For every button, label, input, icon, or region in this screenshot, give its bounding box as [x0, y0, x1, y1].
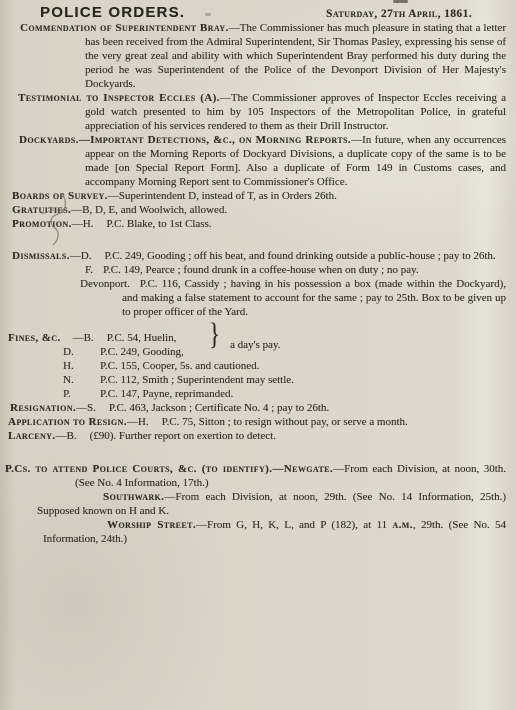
division-letter: P.: [63, 387, 100, 401]
indent-spacer: [0, 345, 63, 359]
division-letter: —H.: [127, 416, 149, 428]
division-letter: —B.: [56, 430, 77, 442]
section-label: Commendation of Superintendent Bray.: [20, 22, 229, 34]
division-letter: N.: [63, 373, 100, 387]
section-body: —Superintendent D, instead of T, as in O…: [108, 190, 337, 202]
section-commendation: Commendation of Superintendent Bray.—The…: [0, 21, 506, 91]
section-application-to-resign: Application to Resign.—H.P.C. 75, Sitton…: [0, 415, 506, 429]
section-label: Fines, &c.: [0, 331, 61, 345]
section-label: Resignation.: [10, 402, 76, 414]
section-testimonial: Testimonial to Inspector Eccles (A).—The…: [0, 91, 506, 133]
indent-spacer: [0, 359, 63, 373]
section-police-courts: P.Cs. to attend Police Courts, &c. (to i…: [0, 462, 506, 546]
pencil-annotation-mark: [38, 190, 82, 248]
section-dockyards: Dockyards.—Important Detections, &c., on…: [0, 133, 506, 189]
division-letter: —B.: [73, 331, 94, 345]
section-label: Application to Resign.: [8, 416, 127, 428]
division-letter: —D.: [70, 250, 92, 262]
section-body: P.C. 463, Jackson ; Certificate No. 4 ; …: [109, 402, 329, 414]
courts-newgate: P.Cs. to attend Police Courts, &c. (to i…: [0, 462, 506, 490]
police-orders-scan: { "page": { "title": "POLICE ORDERS.", "…: [0, 0, 516, 710]
court-label: Worship Street.: [107, 519, 196, 531]
section-body: —B, D, E, and Woolwich, allowed.: [71, 204, 227, 216]
am-abbreviation: a.m.: [392, 519, 412, 531]
section-label: Testimonial to Inspector Eccles (A).: [18, 92, 220, 104]
brace-note: a day's pay.: [230, 338, 280, 352]
division-letter: Devonport.: [80, 278, 130, 290]
entry-text: P.C. 249, Gooding ; off his beat, and fo…: [105, 250, 496, 262]
section-label: P.Cs. to attend Police Courts, &c. (to i…: [5, 463, 333, 475]
section-dismissals: Dismissals.—D.P.C. 249, Gooding ; off hi…: [0, 249, 506, 319]
section-resignation: Resignation.—S.P.C. 463, Jackson ; Certi…: [0, 401, 506, 415]
entry-text: P.C. 116, Cassidy ; having in his posses…: [122, 278, 506, 318]
document-page: POLICE ORDERS. Saturday, 27th April, 186…: [0, 0, 516, 546]
entry-text: P.C. 54, Huelin,: [107, 331, 177, 345]
entry-text: P.C. 249, Gooding,: [100, 345, 184, 359]
division-letter: D.: [63, 345, 100, 359]
fine-entry: P.P.C. 147, Payne, reprimanded.: [0, 387, 506, 401]
courts-southwark: Southwark.—From each Division, at noon, …: [0, 490, 506, 518]
section-body: (£90). Further report on exertion to det…: [90, 430, 276, 442]
division-letter: F.: [85, 264, 93, 276]
ink-smudge-top: [393, 0, 408, 3]
court-label: Southwark.: [103, 491, 164, 503]
court-body: —From G, H, K, L, and P (182), at 11: [196, 519, 392, 531]
dismissal-entry: Dismissals.—D.P.C. 249, Gooding ; off hi…: [0, 249, 506, 263]
page-title: POLICE ORDERS.: [40, 4, 185, 21]
dismissal-entry: Devonport.P.C. 116, Cassidy ; having in …: [0, 277, 506, 319]
entry-text: P.C. 149, Pearce ; found drunk in a coff…: [103, 264, 419, 276]
section-larceny: Larceny.—B.(£90). Further report on exer…: [0, 429, 506, 443]
document-header: POLICE ORDERS. Saturday, 27th April, 186…: [0, 0, 506, 21]
entry-text: P.C. 147, Payne, reprimanded.: [100, 387, 233, 401]
entry-text: P.C. 112, Smith ; Superintendent may set…: [100, 373, 294, 387]
page-date: Saturday, 27th April, 1861.: [326, 8, 472, 20]
section-body: P.C. 75, Sitton ; to resign without pay,…: [162, 416, 408, 428]
section-body: P.C. Blake, to 1st Class.: [106, 218, 211, 230]
section-label: Larceny.: [8, 430, 56, 442]
division-letter: —S.: [76, 402, 96, 414]
section-fines: Fines, &c.—B.P.C. 54, Huelin, D.P.C. 249…: [0, 331, 506, 401]
dismissal-entry: F.P.C. 149, Pearce ; found drunk in a co…: [0, 263, 506, 277]
division-letter: H.: [63, 359, 100, 373]
indent-spacer: [0, 387, 63, 401]
fine-entry: N.P.C. 112, Smith ; Superintendent may s…: [0, 373, 506, 387]
ink-smudge-title: [205, 13, 211, 16]
indent-spacer: [0, 373, 63, 387]
section-label: Dismissals.: [12, 250, 70, 262]
entry-text: P.C. 155, Cooper, 5s. and cautioned.: [100, 359, 259, 373]
courts-worship-street: Worship Street.—From G, H, K, L, and P (…: [0, 518, 506, 546]
fine-entry: H.P.C. 155, Cooper, 5s. and cautioned.: [0, 359, 506, 373]
grouping-brace: }: [209, 327, 220, 341]
section-label: Dockyards.—Important Detections, &c., on…: [19, 134, 351, 146]
